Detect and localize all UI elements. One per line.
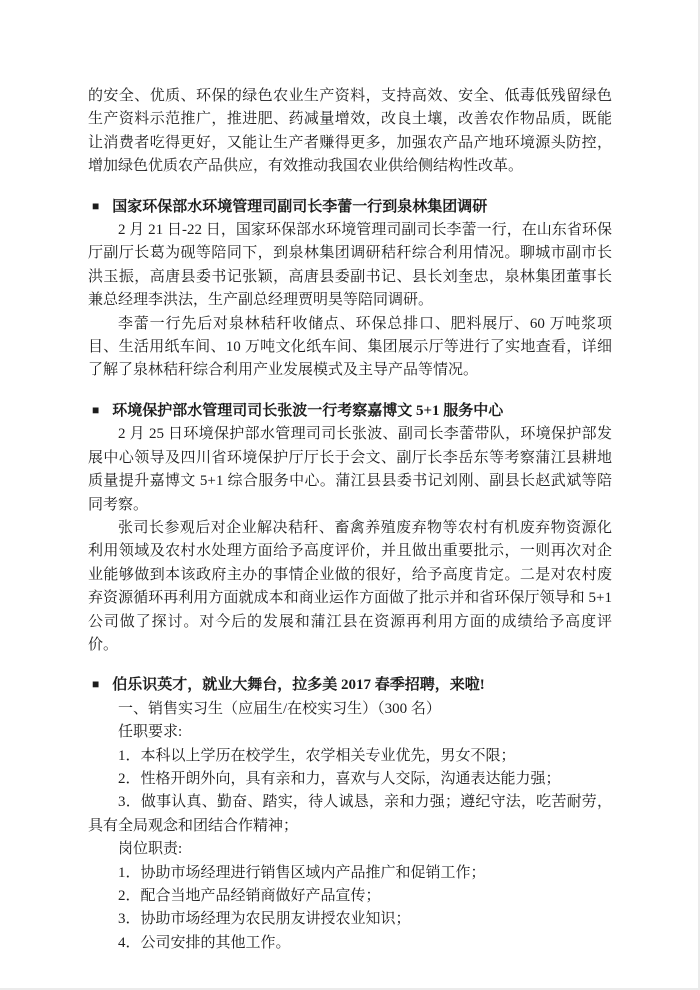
square-bullet-icon: ■: [92, 399, 99, 422]
section-1-paragraph-1: 2 月 21 日-22 日，国家环保部水环境管理司副司长李蕾一行，在山东省环保厅…: [88, 219, 612, 313]
section-3-title: 伯乐识英才，就业大舞台，拉多美 2017 春季招聘，来啦!: [112, 677, 485, 693]
job-requirement-item-2: 2．性格开朗外向，具有亲和力，喜欢与人交际，沟通表达能力强；: [88, 768, 612, 791]
job-position-line: 一、销售实习生（应届生/在校实习生）（300 名）: [88, 698, 612, 721]
job-requirements-label: 任职要求:: [88, 721, 612, 744]
section-2-heading: ■环境保护部水管理司司长张波一行考察嘉博文 5+1 服务中心: [88, 400, 612, 423]
job-requirement-item-3: 3．做事认真、勤奋、踏实，待人诚恳，亲和力强；遵纪守法，吃苦耐劳，具有全局观念和…: [88, 791, 612, 838]
square-bullet-icon: ■: [92, 673, 99, 696]
section-3-heading: ■伯乐识英才，就业大舞台，拉多美 2017 春季招聘，来啦!: [88, 674, 612, 697]
square-bullet-icon: ■: [92, 195, 99, 218]
document-page: 的安全、优质、环保的绿色农业生产资料，支持高效、安全、低毒低残留绿色生产资料示范…: [0, 0, 700, 990]
job-duty-item-4: 4．公司安排的其他工作。: [88, 932, 612, 955]
intro-paragraph: 的安全、优质、环保的绿色农业生产资料，支持高效、安全、低毒低残留绿色生产资料示范…: [88, 85, 612, 179]
job-requirement-item-1: 1．本科以上学历在校学生，农学相关专业优先，男女不限；: [88, 745, 612, 768]
document-content: 的安全、优质、环保的绿色农业生产资料，支持高效、安全、低毒低残留绿色生产资料示范…: [88, 85, 612, 955]
section-1-heading: ■国家环保部水环境管理司副司长李蕾一行到泉林集团调研: [88, 196, 612, 219]
job-duties-label: 岗位职责:: [88, 838, 612, 861]
job-duty-item-3: 3．协助市场经理为农民朋友讲授农业知识；: [88, 908, 612, 931]
section-2-title: 环境保护部水管理司司长张波一行考察嘉博文 5+1 服务中心: [112, 403, 503, 419]
section-2-paragraph-1: 2 月 25 日环境保护部水管理司司长张波、副司长李蕾带队，环境保护部发展中心领…: [88, 423, 612, 517]
section-1-paragraph-2: 李蕾一行先后对泉林秸秆收储点、环保总排口、肥料展厅、60 万吨浆项目、生活用纸车…: [88, 313, 612, 383]
section-1-title: 国家环保部水环境管理司副司长李蕾一行到泉林集团调研: [112, 199, 487, 215]
section-2-paragraph-2: 张司长参观后对企业解决秸秆、畜禽养殖废弃物等农村有机废弃物资源化利用领域及农村水…: [88, 517, 612, 657]
job-duty-item-1: 1．协助市场经理进行销售区域内产品推广和促销工作；: [88, 862, 612, 885]
job-duty-item-2: 2．配合当地产品经销商做好产品宣传；: [88, 885, 612, 908]
